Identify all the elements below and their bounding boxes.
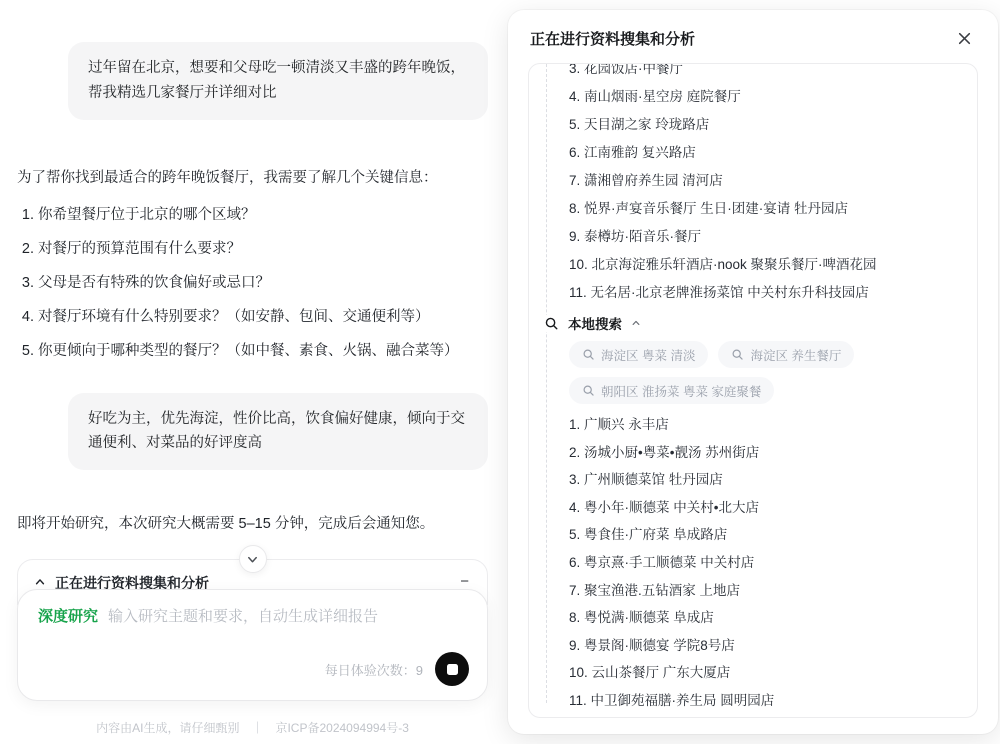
search-result-item: 7. 潇湘曾府养生园 清河店 bbox=[569, 167, 961, 195]
search-result-item: 9. 泰樽坊·陌音乐·餐厅 bbox=[569, 223, 961, 251]
question-item: 你希望餐厅位于北京的哪个区域？ bbox=[38, 203, 488, 227]
search-result-item: 3. 花园饭店·中餐厅 bbox=[569, 63, 961, 83]
local-result-item: 8. 粤悦满·顺德菜 阜成店 bbox=[569, 604, 961, 632]
stop-icon bbox=[447, 664, 458, 675]
local-result-item: 2. 汤城小厨•粤菜•靓汤 苏州街店 bbox=[569, 439, 961, 467]
search-icon bbox=[544, 315, 559, 332]
footer-separator: ｜ bbox=[251, 721, 263, 735]
search-icon bbox=[731, 348, 744, 361]
question-item: 父母是否有特殊的饮食偏好或忌口？ bbox=[38, 271, 488, 295]
user-message: 好吃为主，优先海淀，性价比高，饮食偏好健康，倾向于交通便利、对菜品的好评度高 bbox=[68, 393, 488, 471]
chevron-up-icon bbox=[34, 576, 46, 588]
chevron-down-icon bbox=[246, 553, 259, 566]
panel-header: 正在进行资料搜集和分析 bbox=[508, 10, 998, 61]
user-message: 过年留在北京，想要和父母吃一顿清淡又丰盛的跨年晚饭，帮我精选几家餐厅并详细对比 bbox=[68, 42, 488, 120]
local-search-section-header[interactable]: 本地搜索 bbox=[544, 313, 961, 333]
deep-research-mode-label: 深度研究 bbox=[38, 608, 98, 625]
question-item: 你更倾向于哪种类型的餐厅？（如中餐、素食、火锅、融合菜等） bbox=[38, 339, 488, 363]
search-result-item: 10. 北京海淀雅乐轩酒店·nook 聚聚乐餐厅·啤酒花园 bbox=[569, 251, 961, 279]
panel-title: 正在进行资料搜集和分析 bbox=[530, 28, 695, 49]
local-result-item: 10. 云山茶餐厅 广东大厦店 bbox=[569, 659, 961, 687]
assistant-intro-text: 为了帮你找到最适合的跨年晚饭餐厅，我需要了解几个关键信息： bbox=[17, 166, 488, 191]
research-composer[interactable]: 深度研究输入研究主题和要求，自动生成详细报告 每日体验次数：9 bbox=[17, 589, 488, 701]
chat-column: 过年留在北京，想要和父母吃一顿清淡又丰盛的跨年晚饭，帮我精选几家餐厅并详细对比 … bbox=[0, 0, 508, 744]
close-icon bbox=[957, 31, 972, 46]
local-result-item: 9. 粤景阁·顺德宴 学院8号店 bbox=[569, 632, 961, 660]
composer-placeholder[interactable]: 输入研究主题和要求，自动生成详细报告 bbox=[108, 608, 378, 625]
page-footer: 内容由AI生成，请仔细甄别｜京ICP备2024094994号-3 bbox=[17, 719, 488, 736]
stop-button[interactable] bbox=[435, 652, 469, 686]
search-icon bbox=[582, 348, 595, 361]
search-result-item: 5. 天目湖之家 玲珑路店 bbox=[569, 111, 961, 139]
local-result-item: 11. 中卫御苑福膳·养生局 圆明园店 bbox=[569, 687, 961, 715]
search-query-chips: 海淀区 粤菜 清淡 海淀区 养生餐厅 朝阳区 淮扬菜 粤菜 家庭聚餐 bbox=[569, 341, 939, 404]
search-result-item: 11. 无名居·北京老牌淮扬菜馆 中关村东升科技园店 bbox=[569, 279, 961, 307]
search-chip: 海淀区 养生餐厅 bbox=[718, 341, 854, 368]
search-chip: 海淀区 粤菜 清淡 bbox=[569, 341, 708, 368]
search-result-item: 6. 江南雅韵 复兴路店 bbox=[569, 139, 961, 167]
search-chip: 朝阳区 淮扬菜 粤菜 家庭聚餐 bbox=[569, 377, 774, 404]
close-panel-button[interactable] bbox=[955, 29, 974, 48]
composer-input-row[interactable]: 深度研究输入研究主题和要求，自动生成详细报告 bbox=[38, 606, 469, 629]
local-result-item: 4. 粤小年·顺德菜 中关村•北大店 bbox=[569, 494, 961, 522]
search-result-item: 8. 悦界·声宴音乐餐厅 生日·团建·宴请 牡丹园店 bbox=[569, 195, 961, 223]
research-notice-text: 即将开始研究，本次研究大概需要 5–15 分钟，完成后会通知您。 bbox=[17, 512, 488, 533]
question-item: 对餐厅的预算范围有什么要求？ bbox=[38, 237, 488, 261]
ai-disclaimer-text: 内容由AI生成，请仔细甄别 bbox=[96, 721, 239, 735]
daily-quota-label: 每日体验次数：9 bbox=[325, 660, 423, 679]
search-icon bbox=[582, 384, 595, 397]
local-result-item: 3. 广州顺德菜馆 牡丹园店 bbox=[569, 466, 961, 494]
local-result-item: 6. 粤京熹·手工顺德菜 中关村店 bbox=[569, 549, 961, 577]
local-search-result-list: 1. 广顺兴 永丰店 2. 汤城小厨•粤菜•靓汤 苏州街店 3. 广州顺德菜馆 … bbox=[569, 411, 961, 715]
assistant-question-list: 你希望餐厅位于北京的哪个区域？ 对餐厅的预算范围有什么要求？ 父母是否有特殊的饮… bbox=[17, 203, 488, 363]
research-progress-panel: 正在进行资料搜集和分析 3. 花园饭店·中餐厅 4. 南山烟雨·星空房 庭院餐厅… bbox=[508, 10, 998, 734]
local-result-item: 7. 聚宝渔港.五钻酒家 上地店 bbox=[569, 577, 961, 605]
chevron-up-icon bbox=[631, 318, 641, 328]
local-search-label: 本地搜索 bbox=[568, 313, 622, 333]
search-result-item: 4. 南山烟雨·星空房 庭院餐厅 bbox=[569, 83, 961, 111]
search-chip-label: 海淀区 粤菜 清淡 bbox=[601, 346, 695, 364]
web-search-result-list: 3. 花园饭店·中餐厅 4. 南山烟雨·星空房 庭院餐厅 5. 天目湖之家 玲珑… bbox=[569, 63, 961, 307]
search-chip-label: 海淀区 养生餐厅 bbox=[750, 346, 841, 364]
search-chip-label: 朝阳区 淮扬菜 粤菜 家庭聚餐 bbox=[601, 382, 761, 400]
research-log-card: 3. 花园饭店·中餐厅 4. 南山烟雨·星空房 庭院餐厅 5. 天目湖之家 玲珑… bbox=[528, 63, 978, 718]
question-item: 对餐厅环境有什么特别要求？（如安静、包间、交通便利等） bbox=[38, 305, 488, 329]
local-result-item: 5. 粤食佳·广府菜 阜成路店 bbox=[569, 521, 961, 549]
composer-action-row: 每日体验次数：9 bbox=[38, 652, 469, 686]
icp-license-text: 京ICP备2024094994号-3 bbox=[275, 721, 408, 735]
scroll-down-button[interactable] bbox=[239, 545, 267, 573]
local-result-item: 1. 广顺兴 永丰店 bbox=[569, 411, 961, 439]
